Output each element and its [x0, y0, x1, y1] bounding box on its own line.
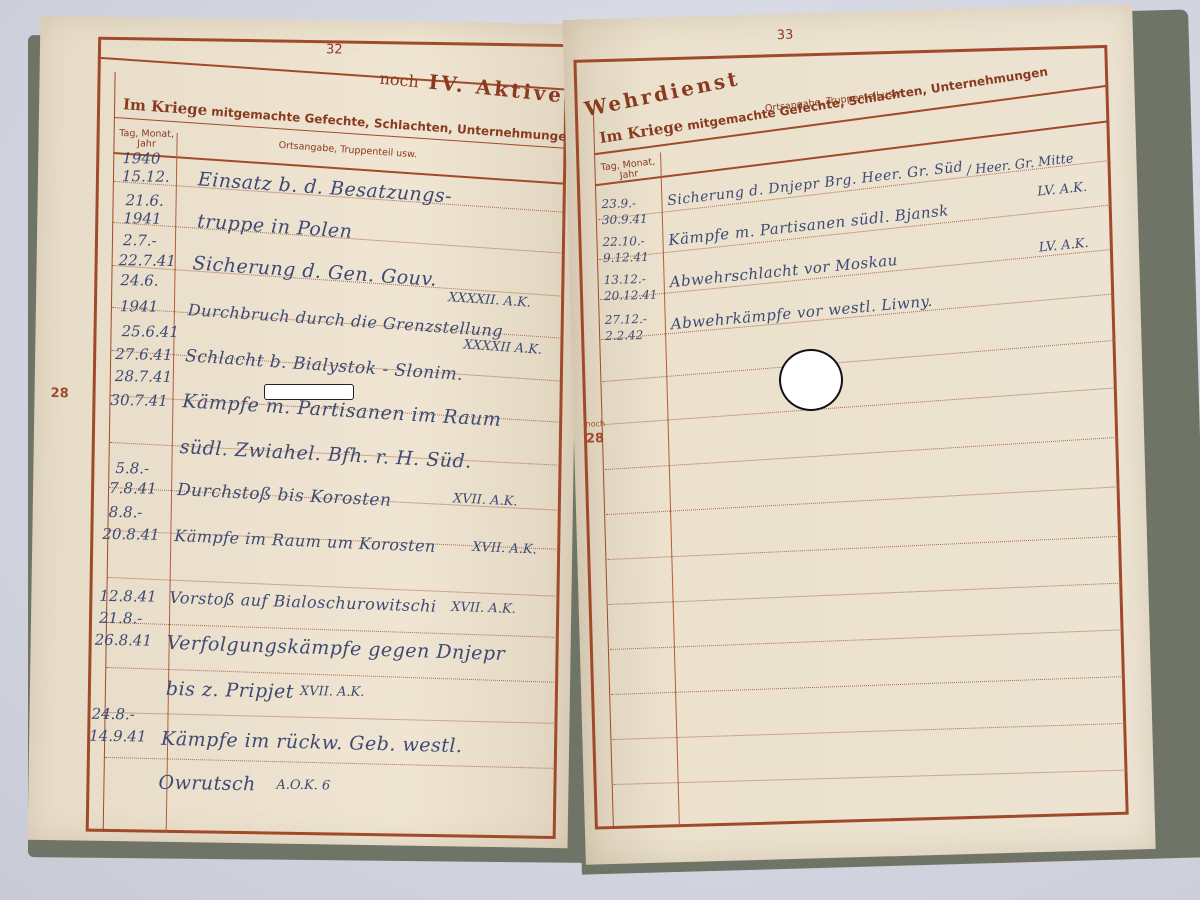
- entry-date: 25.6.41: [121, 322, 179, 341]
- entry-date: 28.7.41: [115, 367, 173, 386]
- right-page: 33 Wehrdienst Im Kriege mitgemachte Gefe…: [562, 4, 1155, 865]
- margin-prefix: noch: [585, 419, 605, 429]
- unit-label: XVII. A.K.: [300, 684, 365, 700]
- entry-date: 5.8.-: [115, 459, 149, 478]
- entry-date-to: 9.12.41: [603, 250, 649, 265]
- entry-date-from: 27.12.-: [605, 312, 648, 327]
- entry-date: 30.7.41: [110, 391, 168, 410]
- entry-date-to: 20.12.41: [604, 288, 658, 303]
- entry-date: 21.6.: [125, 191, 163, 210]
- entry-date: 7.8.41: [109, 479, 157, 498]
- unit-label: XVII. A.K.: [472, 540, 537, 558]
- entry-date: 22.7.41: [119, 251, 177, 270]
- unit-label: XVII. A.K.: [453, 491, 518, 509]
- entry-date: 2.7.-: [123, 231, 157, 250]
- unit-label: XVII. A.K.: [451, 600, 516, 617]
- entry-date: 24.6.: [120, 271, 158, 290]
- column-header-date: Tag, Monat, Jahr: [118, 129, 174, 150]
- entry-date-from: 23.9.-: [601, 196, 636, 211]
- entry-date: 8.8.-: [109, 503, 143, 522]
- entry-date: 1941: [123, 209, 161, 228]
- entry-date: 26.8.41: [95, 631, 153, 650]
- entry-date: 27.6.41: [115, 345, 173, 364]
- entry-date: 20.8.41: [102, 525, 160, 544]
- margin-number: 28: [50, 386, 68, 401]
- entry-date: 1940: [122, 149, 160, 168]
- redaction-dot: [779, 349, 843, 411]
- left-page: 32 noch IV. Aktiver Im Kriege mitgemacht…: [28, 16, 581, 848]
- entry-date-from: 13.12.-: [603, 272, 646, 287]
- page-number: 32: [326, 42, 343, 57]
- entry-date: 21.8.-: [99, 609, 143, 628]
- entry-date-to: 2.2.42: [605, 328, 644, 343]
- unit-label: A.O.K. 6: [276, 778, 330, 794]
- entry-date-from: 22.10.-: [602, 234, 645, 249]
- entry-date: 15.12.: [122, 167, 170, 186]
- entry-text: Owrutsch: [158, 772, 256, 796]
- entry-date-to: 30.9.41: [602, 212, 648, 227]
- page-number: 33: [776, 28, 793, 44]
- margin-number: 28: [586, 431, 605, 446]
- entry-date: 1941: [120, 297, 158, 316]
- entry-date: 24.8.-: [91, 705, 135, 724]
- entry-date: 12.8.41: [99, 587, 157, 606]
- entry-date: 14.9.41: [89, 727, 147, 746]
- entry-text: bis z. Pripjet: [166, 678, 294, 703]
- redaction-bar: [264, 384, 354, 400]
